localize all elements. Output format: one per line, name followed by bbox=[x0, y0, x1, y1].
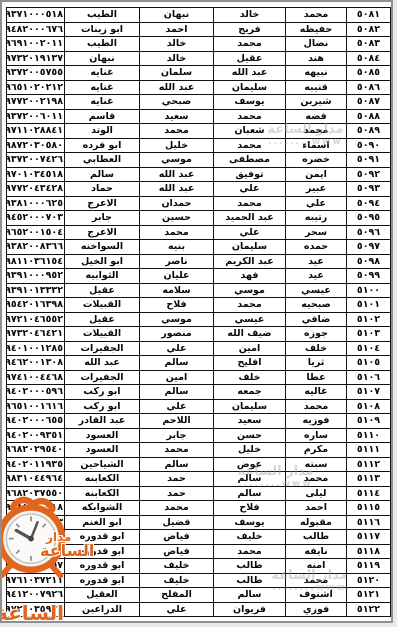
cell-father_name: عبد الله bbox=[214, 66, 286, 81]
cell-first_name: محمد bbox=[286, 399, 347, 414]
cell-phone: ٩٣٧٢٠٠٧٤٢٦ bbox=[7, 153, 65, 168]
cell-first_name: جوزه bbox=[286, 327, 347, 342]
cell-grandfather_name: سلمان bbox=[140, 66, 214, 81]
cell-first_name: فضه bbox=[286, 109, 347, 124]
cell-family_name: الشياحين bbox=[65, 457, 140, 472]
cell-first_name: ضافي bbox=[286, 312, 347, 327]
cell-grandfather_name: علي bbox=[140, 602, 214, 617]
table-row: ٥٠٩١خضرهمصطفىموسيالعطابي٩٣٧٢٠٠٧٤٢٦ bbox=[7, 153, 391, 168]
cell-father_name: عوض bbox=[214, 457, 286, 472]
cell-grandfather_name: خالد bbox=[140, 37, 214, 52]
cell-phone: ٩٤٥٢٠٠٠٧٠٣ bbox=[7, 211, 65, 226]
cell-grandfather_name: امين bbox=[140, 370, 214, 385]
cell-grandfather_name: عليان bbox=[140, 269, 214, 284]
cell-grandfather_name: سالم bbox=[140, 457, 214, 472]
cell-grandfather_name: المفلح bbox=[140, 588, 214, 603]
table-row: ٥٠٨٢حفيظهفريجاحمدابو زينات٩٤٨٢٠٠٠٦٧٦ bbox=[7, 22, 391, 37]
cell-first_name: محمد bbox=[286, 472, 347, 487]
cell-grandfather_name: سعيد bbox=[140, 109, 214, 124]
cell-grandfather_name: سلامه bbox=[140, 283, 214, 298]
cell-id: ٥١٢٠ bbox=[347, 573, 391, 588]
cell-first_name: ثريا bbox=[286, 356, 347, 371]
cell-grandfather_name: صبحي bbox=[140, 95, 214, 110]
cell-family_name: ابو الخيل bbox=[65, 254, 140, 269]
cell-id: ٥٠٩٦ bbox=[347, 225, 391, 240]
cell-id: ٥١٢٢ bbox=[347, 602, 391, 617]
cell-grandfather_name: موسي bbox=[140, 312, 214, 327]
cell-family_name: ابو قدوره bbox=[65, 573, 140, 588]
table-row: ٥٠٨٨فضهمحمدسعيدقاسم٩٣٧٢٠٠٦٠١١ bbox=[7, 109, 391, 124]
cell-grandfather_name: احمد bbox=[140, 22, 214, 37]
cell-family_name: غنايه bbox=[65, 95, 140, 110]
cell-father_name: سالم bbox=[214, 588, 286, 603]
cell-phone: ٩٣٧١٠٠٠٥١٨ bbox=[7, 8, 65, 23]
cell-phone: ٩٦٥١٠٠١٦١٦ bbox=[7, 399, 65, 414]
cell-phone: ٩٣٧٢٠٠٥٧٥٥ bbox=[7, 66, 65, 81]
cell-family_name: العطابي bbox=[65, 153, 140, 168]
cell-id: ٥٠٩٤ bbox=[347, 196, 391, 211]
cell-id: ٥١١٨ bbox=[347, 544, 391, 559]
table-row: ٥٠٨٤هندعقيلخالدنبهان٩٧٣٢٠١٩١٣٧ bbox=[7, 51, 391, 66]
cell-grandfather_name: منصور bbox=[140, 327, 214, 342]
table-row: ٥١٢٢فوزيفريوانعليالدراعين٩٧٢١٠٣٥٩٣٣ bbox=[7, 602, 391, 617]
cell-grandfather_name: علي bbox=[140, 399, 214, 414]
cell-father_name: عبد الكريم bbox=[214, 254, 286, 269]
cell-family_name: الجفيرات bbox=[65, 370, 140, 385]
cell-family_name: غنايه bbox=[65, 66, 140, 81]
cell-family_name: الجفيرات bbox=[65, 341, 140, 356]
watermark-orange-word: الساعة bbox=[40, 543, 94, 559]
cell-id: ٥١٠٥ bbox=[347, 356, 391, 371]
table-row: ٥٠٨١محمدخالدنبهانالطيب٩٣٧١٠٠٠٥١٨ bbox=[7, 8, 391, 23]
cell-grandfather_name: جابر bbox=[140, 428, 214, 443]
cell-phone: ٩٧٣٢٠٤٦٤٢١ bbox=[7, 327, 65, 342]
cell-id: ٥١١٥ bbox=[347, 501, 391, 516]
cell-family_name: القبيلات bbox=[65, 327, 140, 342]
table-row: ٥٠٩٠اسماءمحمدخليلابو فرده٩٨٧٢٠٣٠٥٨٠ bbox=[7, 138, 391, 153]
cell-first_name: حفيظه bbox=[286, 22, 347, 37]
cell-id: ٥١٠٦ bbox=[347, 370, 391, 385]
cell-id: ٥٠٨٦ bbox=[347, 80, 391, 95]
cell-first_name: محمد bbox=[286, 8, 347, 23]
cell-father_name: محمد bbox=[214, 544, 286, 559]
cell-father_name: محمد bbox=[214, 196, 286, 211]
cell-grandfather_name: عبد الله bbox=[140, 167, 214, 182]
cell-grandfather_name: عبد الله bbox=[140, 182, 214, 197]
cell-first_name: نايفه bbox=[286, 544, 347, 559]
cell-id: ٥٠٩٥ bbox=[347, 211, 391, 226]
cell-family_name: العقيل bbox=[65, 588, 140, 603]
table-row: ٥٠٨٩محمدشعبانمحمدالوتد٩٧١١٠٢٨٨٤١ bbox=[7, 124, 391, 139]
cell-grandfather_name: محمد bbox=[140, 501, 214, 516]
table-row: ٥١١٢سبتهعوضسالمالشياحين٩٤٠٢٠١١٩٣٥ bbox=[7, 457, 391, 472]
cell-family_name: الاعرج bbox=[65, 225, 140, 240]
table-row: ٥٠٨٥نبيههعبد اللهسلمانغنايه٩٣٧٢٠٠٥٧٥٥ bbox=[7, 66, 391, 81]
cell-family_name: الاعرج bbox=[65, 196, 140, 211]
cell-id: ٥٠٩٢ bbox=[347, 167, 391, 182]
cell-phone: ٩٦٨٢٠٢٩٥٤٠ bbox=[7, 443, 65, 458]
table-row: ٥١٠٠عيسيموسيسلامهعقيل٩٣٩١٠١٣٣٣٢ bbox=[7, 283, 391, 298]
cell-phone: ٩٤٠٢٠٠٠٦٥٥ bbox=[7, 414, 65, 429]
cell-id: ٥٠٨٤ bbox=[347, 51, 391, 66]
cell-phone: ٩٦٥٢٠٠١٥٠٤ bbox=[7, 225, 65, 240]
cell-father_name: سليمان bbox=[214, 240, 286, 255]
cell-family_name: غنايه bbox=[65, 80, 140, 95]
cell-family_name: حماد bbox=[65, 182, 140, 197]
table-row: ٥١٠٧غاليهجمعهسالمابو ركب٩٤٠٢٠٠٠٥٩٦ bbox=[7, 385, 391, 400]
cell-phone: ٩٣٩١٠٠٠٩٥٢ bbox=[7, 269, 65, 284]
table-row: ٥٠٩٨عيدعبد الكريمناصرابو الخيل٩٨١١٠٣٦١٥٤ bbox=[7, 254, 391, 269]
cell-first_name: سحر bbox=[286, 225, 347, 240]
cell-father_name: حسن bbox=[214, 428, 286, 443]
cell-first_name: صبحيه bbox=[286, 298, 347, 313]
cell-phone: ٩٤٨٢٠٠٠٦٧٦ bbox=[7, 22, 65, 37]
cell-family_name: ابو قدوره bbox=[65, 559, 140, 574]
cell-phone: ٩٧٧٢٠٤٣٤٢٨ bbox=[7, 182, 65, 197]
cell-id: ٥١١٧ bbox=[347, 530, 391, 545]
cell-phone: ٩٤٦٢٠٠١٣٠٨ bbox=[7, 356, 65, 371]
cell-father_name: خالد bbox=[214, 8, 286, 23]
table-row: ٥٠٩٥رتيبهعبد الحميدحسينجابر٩٤٥٢٠٠٠٧٠٣ bbox=[7, 211, 391, 226]
cell-family_name: الطيب bbox=[65, 37, 140, 52]
table-row: ٥١٠٢ضافيعيسيموسيعقيل٩٧٢١٠٤٦٥٥٢ bbox=[7, 312, 391, 327]
cell-grandfather_name: حمد bbox=[140, 472, 214, 487]
cell-father_name: خليل bbox=[214, 443, 286, 458]
cell-id: ٥١١١ bbox=[347, 443, 391, 458]
cell-grandfather_name: خليف bbox=[140, 559, 214, 574]
cell-phone: ٩٣٨١٠٠٠٦٢٥ bbox=[7, 196, 65, 211]
cell-id: ٥١١٣ bbox=[347, 472, 391, 487]
table-row: ٥٠٩٣عبيرعليعبد اللهحماد٩٧٧٢٠٤٣٤٢٨ bbox=[7, 182, 391, 197]
cell-father_name: عقيل bbox=[214, 51, 286, 66]
cell-father_name: محمد bbox=[214, 37, 286, 52]
table-row: ٥٠٨٦قتيبهسليمانعبد اللهغنايه٩٦٥١٠٢٠٢١٢ bbox=[7, 80, 391, 95]
cell-father_name: يوسف bbox=[214, 515, 286, 530]
table-row: ٥١٠١صبحيهمحمدفلاحالقبيلات٩٥٤٢٠١٦٣٩٨ bbox=[7, 298, 391, 313]
cell-family_name: ابو فرده bbox=[65, 138, 140, 153]
cell-family_name: الوتد bbox=[65, 124, 140, 139]
cell-first_name: فوزي bbox=[286, 602, 347, 617]
cell-id: ٥٠٩٠ bbox=[347, 138, 391, 153]
cell-first_name: محمد bbox=[286, 573, 347, 588]
table-row: ٥١٠٩فوزيهسعيداللاحمعبد القادر٩٤٠٢٠٠٠٦٥٥ bbox=[7, 414, 391, 429]
cell-id: ٥٠٨١ bbox=[347, 8, 391, 23]
cell-father_name: محمد bbox=[214, 298, 286, 313]
cell-first_name: قتيبه bbox=[286, 80, 347, 95]
cell-grandfather_name: فضيل bbox=[140, 515, 214, 530]
cell-first_name: عطا bbox=[286, 370, 347, 385]
cell-family_name: الكعابنه bbox=[65, 472, 140, 487]
table-row: ٥١١١مكرمخليلمحمدالعسود٩٦٨٢٠٢٩٥٤٠ bbox=[7, 443, 391, 458]
cell-grandfather_name: محمد bbox=[140, 225, 214, 240]
cell-family_name: قاسم bbox=[65, 109, 140, 124]
cell-father_name: فريج bbox=[214, 22, 286, 37]
cell-first_name: محمد bbox=[286, 124, 347, 139]
cell-first_name: نضال bbox=[286, 37, 347, 52]
cell-id: ٥١١٩ bbox=[347, 559, 391, 574]
table-row: ٥١٠٣جوزهضيف اللهمنصورالقبيلات٩٧٣٢٠٤٦٤٢١ bbox=[7, 327, 391, 342]
cell-father_name: فريوان bbox=[214, 602, 286, 617]
cell-grandfather_name: موسي bbox=[140, 153, 214, 168]
cell-grandfather_name: خليل bbox=[140, 138, 214, 153]
cell-family_name: ابو زينات bbox=[65, 22, 140, 37]
cell-first_name: شيرين bbox=[286, 95, 347, 110]
cell-grandfather_name: حمدان bbox=[140, 196, 214, 211]
cell-first_name: امنه bbox=[286, 559, 347, 574]
cell-father_name: افليح bbox=[214, 356, 286, 371]
cell-phone: ٩٤٠٢٠١١٩٣٥ bbox=[7, 457, 65, 472]
cell-grandfather_name: علي bbox=[140, 341, 214, 356]
cell-id: ٥٠٩١ bbox=[347, 153, 391, 168]
cell-father_name: مصطفى bbox=[214, 153, 286, 168]
cell-family_name: السواخنه bbox=[65, 240, 140, 255]
cell-father_name: سالم bbox=[214, 472, 286, 487]
cell-phone: ٩٧١١٠٢٨٨٤١ bbox=[7, 124, 65, 139]
table-row: ٥١١٣محمدسالمحمدالكعابنه٩٨٣١٠٤٤٩٦٤ bbox=[7, 472, 391, 487]
cell-phone: ٩٣٧٢٠٠٦٠١١ bbox=[7, 109, 65, 124]
cell-family_name: عقيل bbox=[65, 312, 140, 327]
cell-grandfather_name: عبد الله bbox=[140, 80, 214, 95]
table-row: ٥٠٩٧حمدهسليمانبنيهالسواخنه٩٣٨٢٠٠٨٣٦٦ bbox=[7, 240, 391, 255]
table-row: ٥١٢١اشنوفسالمالمفلحالعقيل٩٤١٢٠٠٧٩٢٦ bbox=[7, 588, 391, 603]
cell-first_name: حمده bbox=[286, 240, 347, 255]
cell-grandfather_name: فياض bbox=[140, 544, 214, 559]
cell-father_name: سالم bbox=[214, 486, 286, 501]
cell-family_name: سالم bbox=[65, 167, 140, 182]
cell-id: ٥١٠٠ bbox=[347, 283, 391, 298]
cell-father_name: توفيق bbox=[214, 167, 286, 182]
table-row: ٥١٠٤خلفامينعليالجفيرات٩٤٠١٠٠١٢٨٥ bbox=[7, 341, 391, 356]
cell-first_name: اسماء bbox=[286, 138, 347, 153]
cell-phone: ٩٤٠٢٠٠٩٣٥١ bbox=[7, 428, 65, 443]
cell-id: ٥٠٨٢ bbox=[347, 22, 391, 37]
cell-father_name: خليف bbox=[214, 530, 286, 545]
cell-id: ٥٠٩٧ bbox=[347, 240, 391, 255]
cell-phone: ٩٥٤٢٠١٦٣٩٨ bbox=[7, 298, 65, 313]
table-row: ٥٠٩٢ايمنتوفيقعبد اللهسالم٩٧٠١٠٣٤٥١٨ bbox=[7, 167, 391, 182]
cell-grandfather_name: محمد bbox=[140, 124, 214, 139]
document-page: ٥٠٨١محمدخالدنبهانالطيب٩٣٧١٠٠٠٥١٨٥٠٨٢حفيظ… bbox=[0, 0, 393, 623]
cell-id: ٥١٠٣ bbox=[347, 327, 391, 342]
cell-id: ٥٠٨٣ bbox=[347, 37, 391, 52]
cell-grandfather_name: فياض bbox=[140, 530, 214, 545]
cell-grandfather_name: حسين bbox=[140, 211, 214, 226]
cell-father_name: طالب bbox=[214, 559, 286, 574]
cell-first_name: علي bbox=[286, 196, 347, 211]
cell-family_name: ابو ركب bbox=[65, 399, 140, 414]
cell-family_name: جابر bbox=[65, 211, 140, 226]
cell-family_name: العسود bbox=[65, 443, 140, 458]
cell-grandfather_name: خليف bbox=[140, 573, 214, 588]
cell-id: ٥٠٩٩ bbox=[347, 269, 391, 284]
table-row: ٥١٠٥ثرياافليحسالمعبد الله٩٤٦٢٠٠١٣٠٨ bbox=[7, 356, 391, 371]
cell-family_name: العسود bbox=[65, 428, 140, 443]
cell-phone: ٩٣٨٢٠٠٨٣٦٦ bbox=[7, 240, 65, 255]
cell-father_name: سعيد bbox=[214, 414, 286, 429]
cell-first_name: رتيبه bbox=[286, 211, 347, 226]
cell-family_name: عقيل bbox=[65, 283, 140, 298]
cell-father_name: خلف bbox=[214, 370, 286, 385]
cell-grandfather_name: خالد bbox=[140, 51, 214, 66]
cell-id: ٥٠٨٥ bbox=[347, 66, 391, 81]
cell-id: ٥٠٩٣ bbox=[347, 182, 391, 197]
watermark-orange-corner-fragment: الساعة bbox=[0, 603, 64, 623]
cell-id: ٥٠٨٧ bbox=[347, 95, 391, 110]
cell-grandfather_name: محمد bbox=[140, 443, 214, 458]
cell-phone: ٩٤١٢٠٠٧٩٢٦ bbox=[7, 588, 65, 603]
cell-id: ٥١٠٨ bbox=[347, 399, 391, 414]
cell-phone: ٩٧٤١٠٠٤٤٦٨ bbox=[7, 370, 65, 385]
cell-first_name: عيسي bbox=[286, 283, 347, 298]
cell-father_name: علي bbox=[214, 182, 286, 197]
cell-family_name: الشوابكه bbox=[65, 501, 140, 516]
table-row: ٥١٠٦عطاخلفامينالجفيرات٩٧٤١٠٠٤٤٦٨ bbox=[7, 370, 391, 385]
cell-grandfather_name: حمد bbox=[140, 486, 214, 501]
cell-father_name: فهد bbox=[214, 269, 286, 284]
cell-phone: ٩٤٠٢٠٠٠٥٩٦ bbox=[7, 385, 65, 400]
cell-first_name: طالب bbox=[286, 530, 347, 545]
cell-family_name: عبد القادر bbox=[65, 414, 140, 429]
cell-father_name: يوسف bbox=[214, 95, 286, 110]
cell-family_name: الثوابيه bbox=[65, 269, 140, 284]
table-row: ٥٠٩٤عليمحمدحمدانالاعرج٩٣٨١٠٠٠٦٢٥ bbox=[7, 196, 391, 211]
table-row: ٥١١٠سارهحسنجابرالعسود٩٤٠٢٠٠٩٣٥١ bbox=[7, 428, 391, 443]
cell-grandfather_name: سالم bbox=[140, 385, 214, 400]
cell-father_name: ضيف الله bbox=[214, 327, 286, 342]
cell-family_name: نبهان bbox=[65, 51, 140, 66]
cell-first_name: مكرم bbox=[286, 443, 347, 458]
cell-first_name: نبيهه bbox=[286, 66, 347, 81]
table-row: ٥٠٨٧شيرينيوسفصبحيغنايه٩٧٧٢٠٠٢١٩٨ bbox=[7, 95, 391, 110]
cell-father_name: عيسي bbox=[214, 312, 286, 327]
cell-first_name: ساره bbox=[286, 428, 347, 443]
cell-id: ٥١١٤ bbox=[347, 486, 391, 501]
cell-id: ٥١١٦ bbox=[347, 515, 391, 530]
table-row: ٥٠٩٩عيدفهدعليانالثوابيه٩٣٩١٠٠٠٩٥٢ bbox=[7, 269, 391, 284]
cell-first_name: ايمن bbox=[286, 167, 347, 182]
cell-family_name: القبيلات bbox=[65, 298, 140, 313]
cell-family_name: الكعابنه bbox=[65, 486, 140, 501]
cell-phone: ٩٦٥١٠٢٠٢١٢ bbox=[7, 80, 65, 95]
cell-family_name: الدراعين bbox=[65, 602, 140, 617]
cell-father_name: علي bbox=[214, 225, 286, 240]
cell-first_name: خلف bbox=[286, 341, 347, 356]
cell-first_name: اشنوف bbox=[286, 588, 347, 603]
cell-father_name: شعبان bbox=[214, 124, 286, 139]
cell-id: ٥١٠١ bbox=[347, 298, 391, 313]
cell-father_name: جمعه bbox=[214, 385, 286, 400]
cell-phone: ٩٧٠١٠٣٤٥١٨ bbox=[7, 167, 65, 182]
cell-first_name: عبير bbox=[286, 182, 347, 197]
cell-phone: ٩٧٣٢٠١٩١٣٧ bbox=[7, 51, 65, 66]
cell-father_name: محمد bbox=[214, 109, 286, 124]
cell-id: ٥١٠٤ bbox=[347, 341, 391, 356]
cell-father_name: فلاح bbox=[214, 501, 286, 516]
cell-grandfather_name: ناصر bbox=[140, 254, 214, 269]
cell-grandfather_name: بنيه bbox=[140, 240, 214, 255]
cell-id: ٥١٢١ bbox=[347, 588, 391, 603]
cell-id: ٥١٠٩ bbox=[347, 414, 391, 429]
cell-family_name: ابو ركب bbox=[65, 385, 140, 400]
cell-grandfather_name: سالم bbox=[140, 356, 214, 371]
cell-first_name: مقبوله bbox=[286, 515, 347, 530]
cell-first_name: عيد bbox=[286, 269, 347, 284]
cell-family_name: الطيب bbox=[65, 8, 140, 23]
table-row: ٥٠٩٦سحرعليمحمدالاعرج٩٦٥٢٠٠١٥٠٤ bbox=[7, 225, 391, 240]
cell-first_name: خضره bbox=[286, 153, 347, 168]
cell-id: ٥٠٨٩ bbox=[347, 124, 391, 139]
cell-father_name: موسي bbox=[214, 283, 286, 298]
table-row: ٥١٠٨محمدسليمانعليابو ركب٩٦٥١٠٠١٦١٦ bbox=[7, 399, 391, 414]
cell-id: ٥١٠٢ bbox=[347, 312, 391, 327]
cell-phone: ٩٣٩١٠١٣٣٣٢ bbox=[7, 283, 65, 298]
cell-first_name: هند bbox=[286, 51, 347, 66]
cell-father_name: طالب bbox=[214, 573, 286, 588]
cell-phone: ٩٤٠١٠٠١٢٨٥ bbox=[7, 341, 65, 356]
cell-family_name: ابو الغنم bbox=[65, 515, 140, 530]
cell-first_name: ليلى bbox=[286, 486, 347, 501]
cell-father_name: سليمان bbox=[214, 80, 286, 95]
cell-id: ٥١٠٧ bbox=[347, 385, 391, 400]
cell-family_name: عبد الله bbox=[65, 356, 140, 371]
cell-grandfather_name: اللاحم bbox=[140, 414, 214, 429]
cell-id: ٥٠٨٨ bbox=[347, 109, 391, 124]
table-row: ٥٠٨٣نضالمحمدخالدالطيب٩٦٩١٠٠٢٠١١ bbox=[7, 37, 391, 52]
cell-id: ٥١١٠ bbox=[347, 428, 391, 443]
cell-phone: ٩٧٧٢٠٠٢١٩٨ bbox=[7, 95, 65, 110]
cell-id: ٥٠٩٨ bbox=[347, 254, 391, 269]
cell-id: ٥١١٢ bbox=[347, 457, 391, 472]
cell-father_name: عبد الحميد bbox=[214, 211, 286, 226]
cell-first_name: احمد bbox=[286, 501, 347, 516]
cell-father_name: امين bbox=[214, 341, 286, 356]
cell-first_name: فوزيه bbox=[286, 414, 347, 429]
cell-father_name: محمد bbox=[214, 138, 286, 153]
cell-phone: ٩٦٩١٠٠٢٠١١ bbox=[7, 37, 65, 52]
cell-grandfather_name: نبهان bbox=[140, 8, 214, 23]
cell-first_name: سبته bbox=[286, 457, 347, 472]
cell-phone: ٩٨١١٠٣٦١٥٤ bbox=[7, 254, 65, 269]
cell-grandfather_name: فلاح bbox=[140, 298, 214, 313]
cell-phone: ٩٨٣١٠٤٤٩٦٤ bbox=[7, 472, 65, 487]
cell-phone: ٩٨٧٢٠٣٠٥٨٠ bbox=[7, 138, 65, 153]
cell-phone: ٩٧٢١٠٤٦٥٥٢ bbox=[7, 312, 65, 327]
cell-first_name: عيد bbox=[286, 254, 347, 269]
cell-first_name: غاليه bbox=[286, 385, 347, 400]
cell-father_name: سليمان bbox=[214, 399, 286, 414]
